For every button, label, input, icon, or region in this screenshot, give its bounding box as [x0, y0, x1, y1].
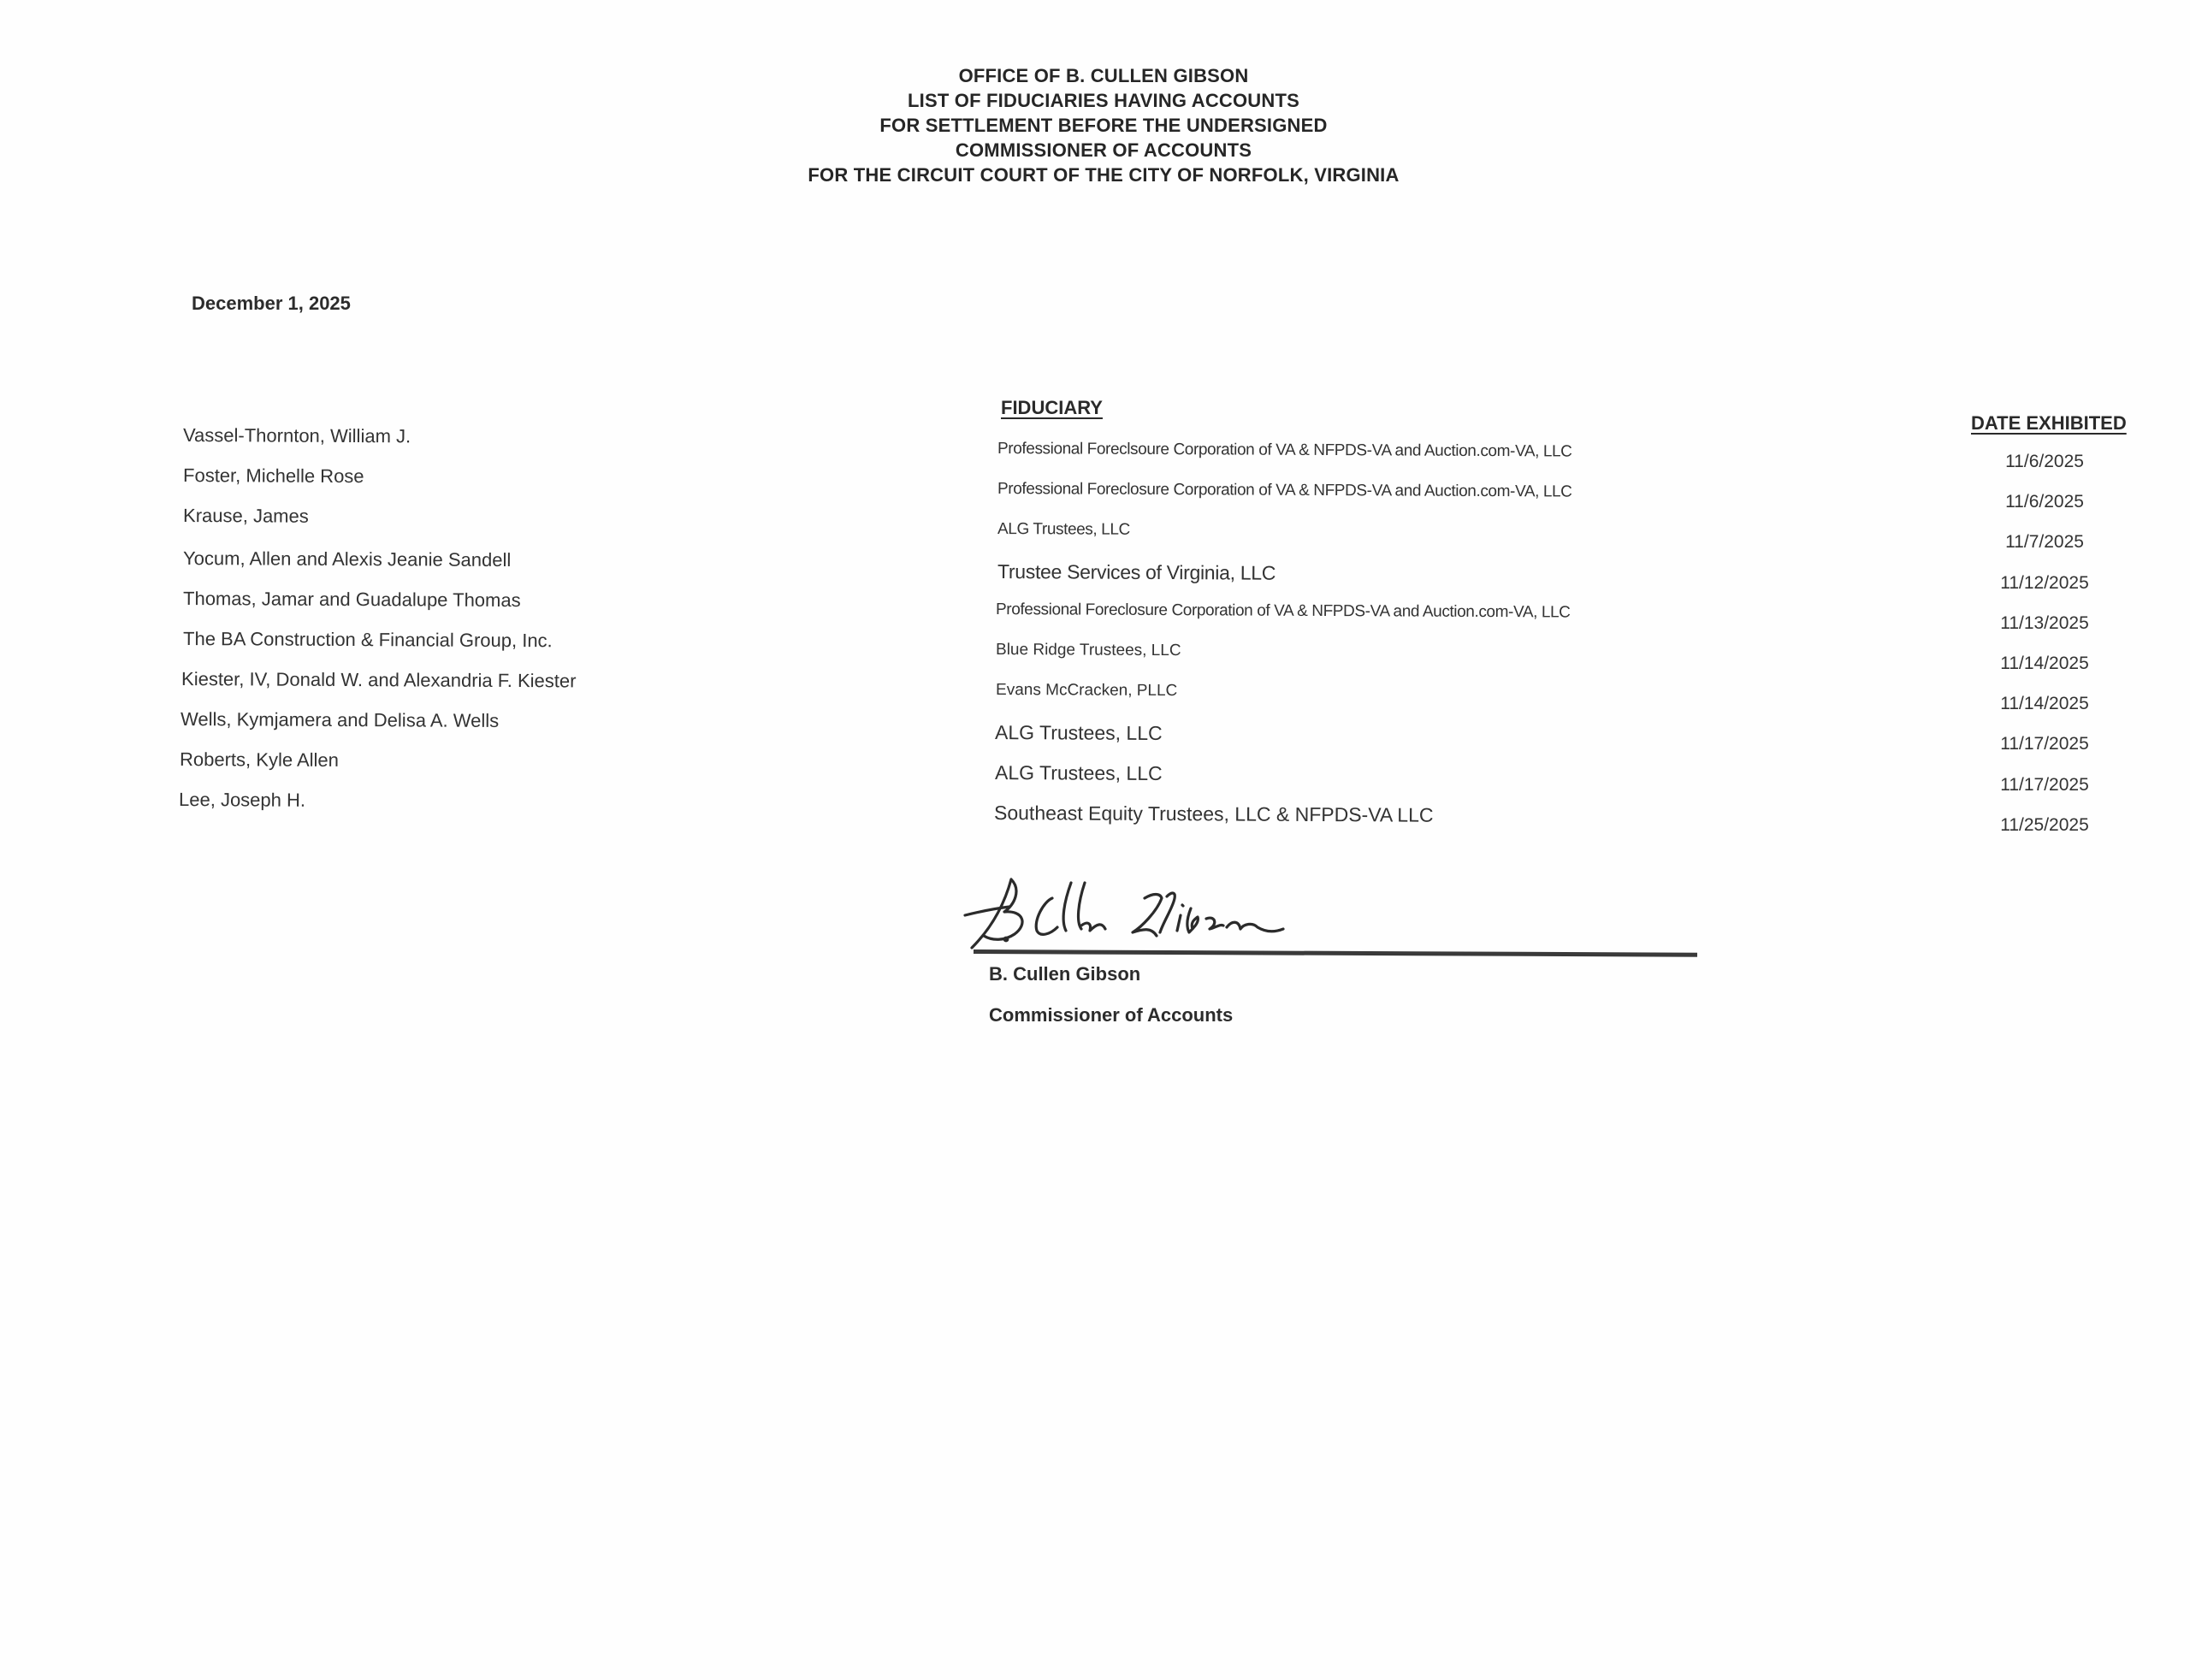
dates-exhibited-list: 11/6/2025 11/6/2025 11/7/2025 11/12/2025… [1985, 452, 2104, 855]
fiduciary-entry: Trustee Services of Virginia, LLC [997, 560, 1938, 606]
header-line-settlement: FOR SETTLEMENT BEFORE THE UNDERSIGNED [753, 113, 1454, 138]
estate-name: Yocum, Allen and Alexis Jeanie Sandell [183, 547, 782, 591]
estate-names-list: Vassel-Thornton, William J. Foster, Mich… [183, 424, 782, 829]
document-header: OFFICE OF B. CULLEN GIBSON LIST OF FIDUC… [753, 63, 1454, 187]
document-page: OFFICE OF B. CULLEN GIBSON LIST OF FIDUC… [0, 0, 2190, 1680]
fiduciary-entry: Southeast Equity Trustees, LLC & NFPDS-V… [994, 802, 1938, 847]
signer-title: Commissioner of Accounts [989, 1004, 1233, 1026]
header-line-office: OFFICE OF B. CULLEN GIBSON [753, 63, 1454, 88]
date-exhibited: 11/25/2025 [1985, 815, 2104, 855]
date-exhibited: 11/17/2025 [1985, 734, 2104, 774]
date-exhibited: 11/14/2025 [1985, 654, 2104, 694]
fiduciary-entry: Professional Foreclsoure Corporation of … [997, 440, 1938, 485]
estate-name: Foster, Michelle Rose [183, 464, 782, 508]
fiduciary-entry: Professional Foreclosure Corporation of … [997, 480, 1938, 525]
estate-name: Kiester, IV, Donald W. and Alexandria F.… [181, 668, 782, 712]
signer-name: B. Cullen Gibson [989, 963, 1140, 985]
estate-name: Thomas, Jamar and Guadalupe Thomas [183, 588, 782, 631]
fiduciary-entry: Blue Ridge Trustees, LLC [996, 641, 1938, 686]
date-exhibited-column-header: DATE EXHIBITED [1971, 412, 2127, 435]
document-date: December 1, 2025 [192, 293, 351, 315]
fiduciary-entry: Evans McCracken, PLLC [996, 681, 1938, 726]
date-exhibited: 11/7/2025 [1985, 532, 2104, 572]
fiduciary-entry: ALG Trustees, LLC [997, 520, 1938, 565]
estate-name: The BA Construction & Financial Group, I… [183, 628, 782, 671]
estate-name: Lee, Joseph H. [179, 789, 782, 832]
date-exhibited: 11/17/2025 [1985, 775, 2104, 815]
date-exhibited: 11/13/2025 [1985, 613, 2104, 654]
date-exhibited: 11/14/2025 [1985, 694, 2104, 734]
fiduciary-column-header: FIDUCIARY [1001, 397, 1103, 419]
fiduciary-entry: ALG Trustees, LLC [995, 761, 1938, 807]
estate-name: Krause, James [183, 505, 782, 548]
date-exhibited: 11/6/2025 [1985, 492, 2104, 532]
fiduciaries-list: Professional Foreclsoure Corporation of … [997, 440, 1938, 842]
header-line-court: FOR THE CIRCUIT COURT OF THE CITY OF NOR… [753, 163, 1454, 187]
estate-name: Wells, Kymjamera and Delisa A. Wells [181, 708, 782, 752]
header-line-list: LIST OF FIDUCIARIES HAVING ACCOUNTS [753, 88, 1454, 113]
fiduciary-entry: ALG Trustees, LLC [995, 721, 1938, 766]
date-exhibited: 11/12/2025 [1985, 573, 2104, 613]
estate-name: Roberts, Kyle Allen [180, 748, 782, 792]
date-exhibited: 11/6/2025 [1985, 452, 2104, 492]
fiduciary-entry: Professional Foreclosure Corporation of … [996, 600, 1938, 646]
estate-name: Vassel-Thornton, William J. [183, 424, 782, 468]
header-line-commissioner: COMMISSIONER OF ACCOUNTS [753, 138, 1454, 163]
